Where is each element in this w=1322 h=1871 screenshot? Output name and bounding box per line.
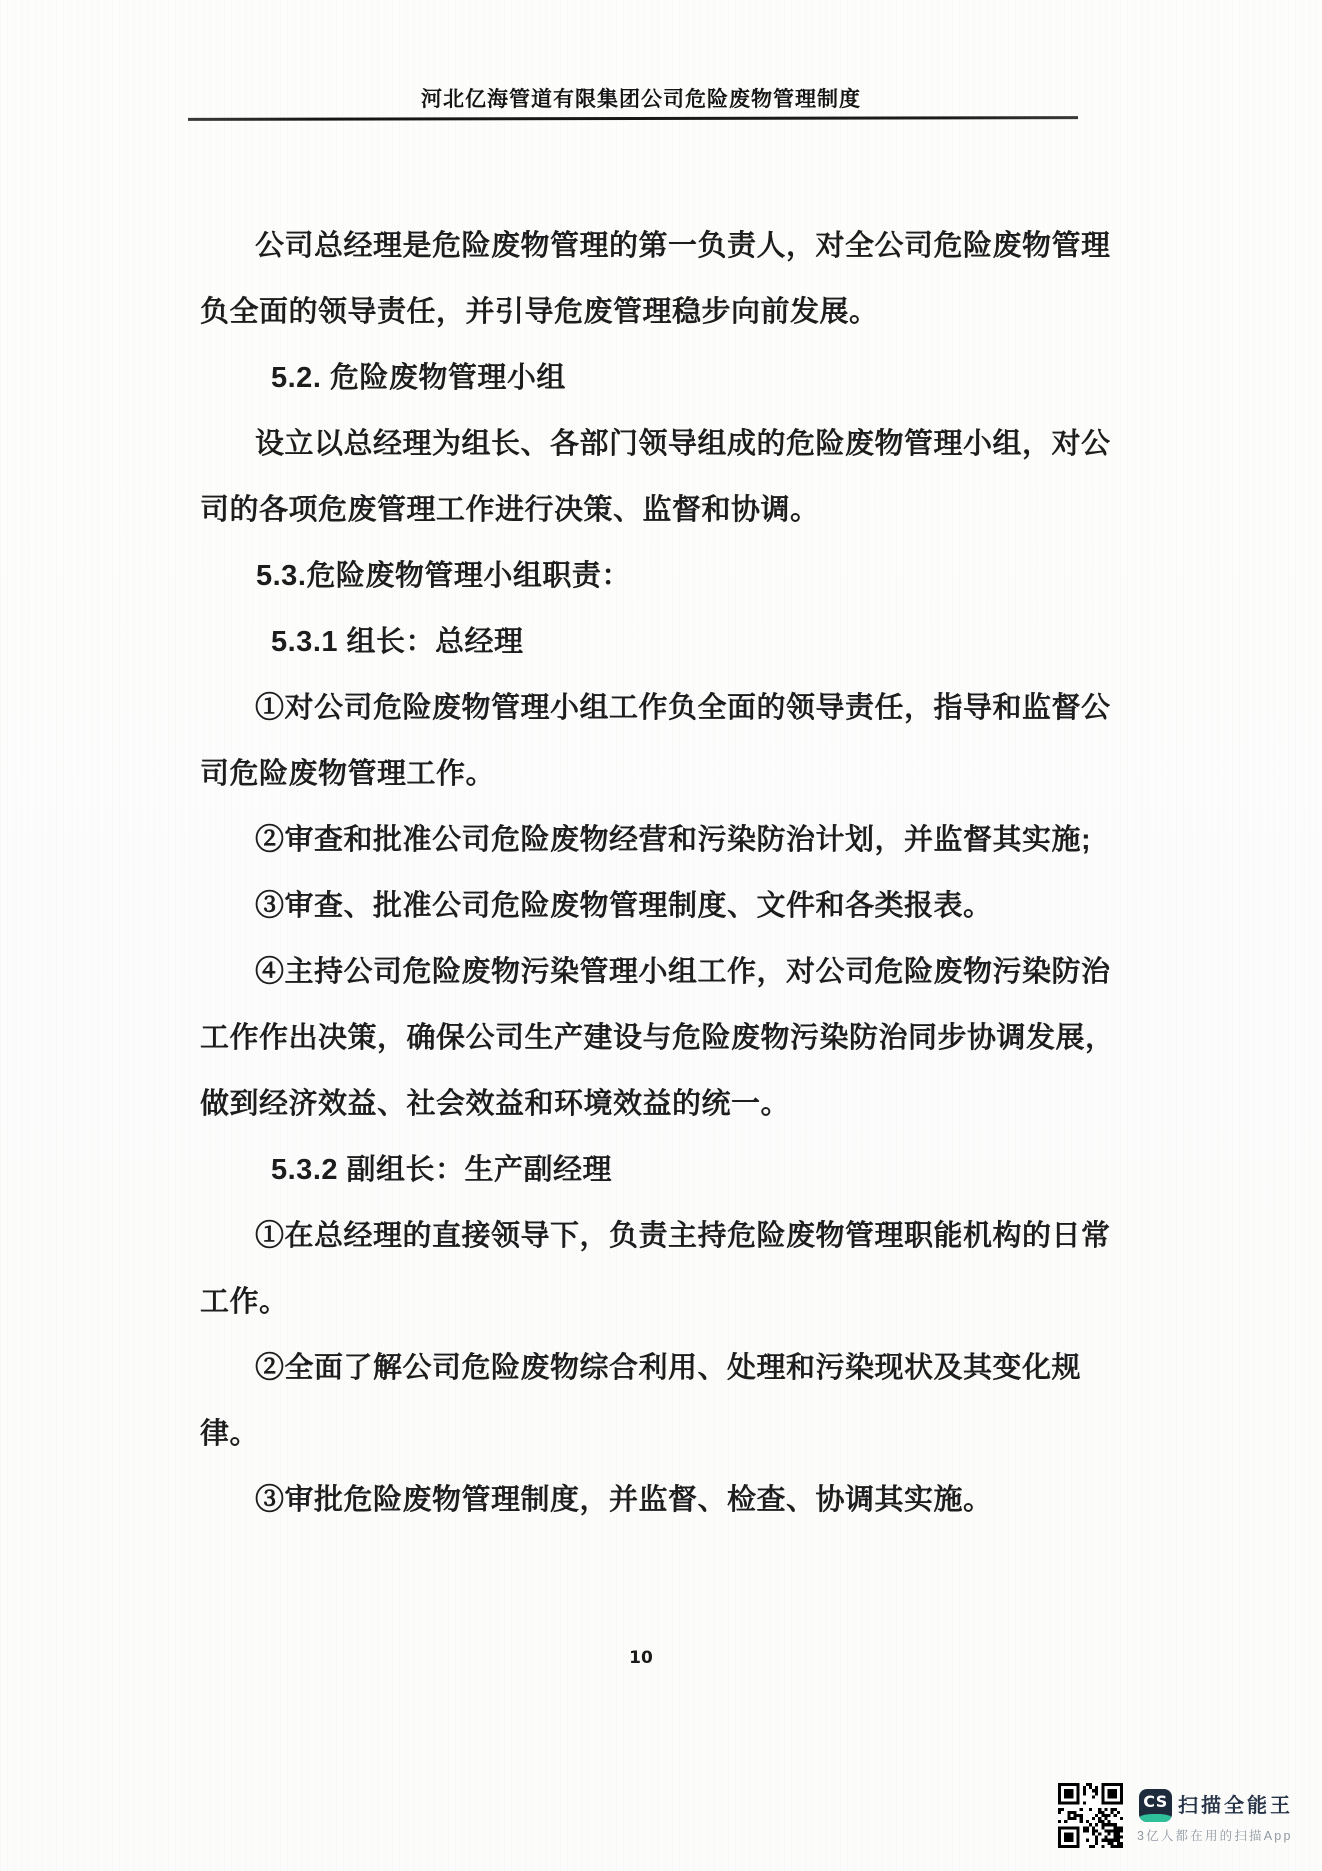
document-line: 公司总经理是危险废物管理的第一负责人，对全公司危险废物管理 [200,213,1140,279]
logo-monogram: CS [1139,1790,1172,1814]
qr-code-icon [1058,1783,1123,1848]
document-line: ③审查、批准公司危险废物管理制度、文件和各类报表。 [200,873,1140,939]
page-number: 10 [0,1648,1282,1668]
document-line: ①对公司危险废物管理小组工作负全面的领导责任，指导和监督公 [200,675,1140,741]
document-line: ②审查和批准公司危险废物经营和污染防治计划，并监督其实施; [200,807,1140,873]
document-line: 律。 [200,1401,1140,1467]
document-line: 司的各项危废管理工作进行决策、监督和协调。 [200,477,1140,543]
document-line: ②全面了解公司危险废物综合利用、处理和污染现状及其变化规 [200,1335,1140,1401]
document-line: ④主持公司危险废物污染管理小组工作，对公司危险废物污染防治 [200,939,1140,1005]
document-line: 司危险废物管理工作。 [200,741,1140,807]
document-line: 5.3.1 组长：总经理 [200,609,1140,675]
page-header-title: 河北亿海管道有限集团公司危险废物管理制度 [0,83,1282,113]
document-line: 5.3.2 副组长：生产副经理 [200,1137,1140,1203]
camscanner-logo-icon: CS [1139,1789,1172,1822]
watermark-app-name: 扫描全能王 [1178,1790,1293,1823]
document-line: ①在总经理的直接领导下，负责主持危险废物管理职能机构的日常 [200,1203,1140,1269]
document-line: 5.2. 危险废物管理小组 [200,345,1140,411]
document-line: 5.3.危险废物管理小组职责： [200,543,1140,609]
document-line: 工作作出决策，确保公司生产建设与危险废物污染防治同步协调发展， [200,1005,1140,1071]
header-divider [188,116,1078,121]
watermark-tagline: 3亿人都在用的扫描App [1137,1826,1293,1844]
document-line: 做到经济效益、社会效益和环境效益的统一。 [200,1071,1140,1137]
document-line: ③审批危险废物管理制度，并监督、检查、协调其实施。 [200,1467,1140,1533]
document-line: 设立以总经理为组长、各部门领导组成的危险废物管理小组，对公 [200,411,1140,477]
document-body: 公司总经理是危险废物管理的第一负责人，对全公司危险废物管理负全面的领导责任，并引… [200,213,1140,1533]
scanned-page: 河北亿海管道有限集团公司危险废物管理制度 公司总经理是危险废物管理的第一负责人，… [0,0,1322,1871]
document-line: 负全面的领导责任，并引导危废管理稳步向前发展。 [200,279,1140,345]
document-line: 工作。 [200,1269,1140,1335]
logo-teal-band [1139,1814,1172,1822]
